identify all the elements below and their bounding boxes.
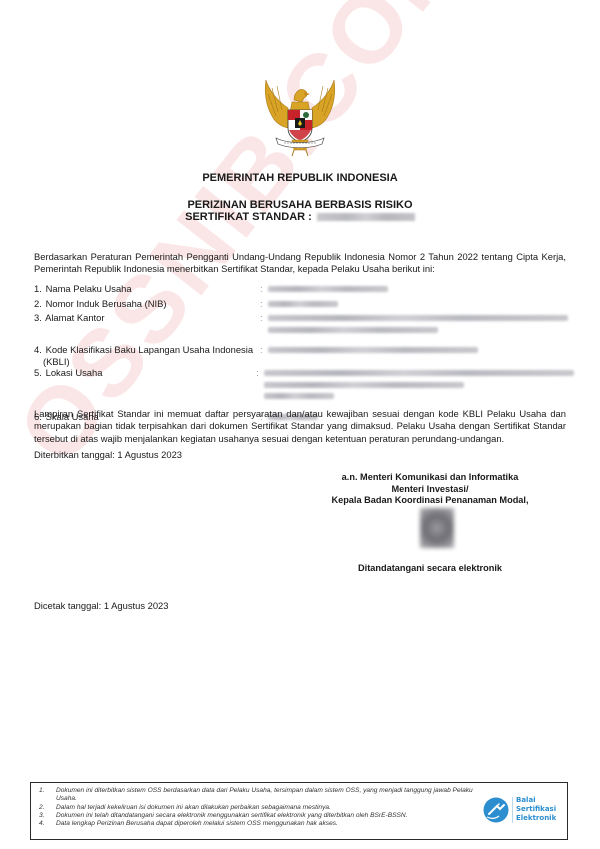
- field-label-continuation: (KBLI): [34, 356, 260, 368]
- footer-note: 1.Dokumen ini diterbitkan sistem OSS ber…: [39, 787, 479, 804]
- field-value-redacted: [268, 298, 574, 313]
- printed-date: Dicetak tanggal: 1 Agustus 2023: [34, 600, 168, 611]
- field-label-text: Nomor Induk Berusaha (NIB): [46, 298, 167, 309]
- field-label-text: Nama Pelaku Usaha: [46, 283, 132, 294]
- field-colon: :: [260, 298, 268, 313]
- field-label: 3. Alamat Kantor: [34, 312, 260, 338]
- garuda-emblem-icon: [258, 78, 342, 160]
- bsre-line-2: Sertifikasi: [516, 805, 556, 814]
- footer-note-number: 4.: [39, 820, 56, 828]
- field-number: 4.: [34, 344, 43, 356]
- attachment-note-paragraph: Lampiran Sertifikat Standar ini memuat d…: [34, 408, 566, 445]
- bsre-divider: [512, 797, 513, 823]
- footer-note-number: 3.: [39, 812, 56, 820]
- field-label: 4. Kode Klasifikasi Baku Lapangan Usaha …: [34, 344, 260, 367]
- field-colon: :: [260, 312, 268, 338]
- issued-date: Diterbitkan tanggal: 1 Agustus 2023: [34, 449, 182, 460]
- field-value-redacted: [268, 283, 574, 298]
- footer-note: 4.Data lengkap Perizinan Berusaha dapat …: [39, 820, 479, 828]
- field-number: 5.: [34, 367, 43, 379]
- certificate-number-line: SERTIFIKAT STANDAR :: [0, 211, 600, 223]
- field-label: 5. Lokasi Usaha: [34, 367, 256, 405]
- certificate-label: SERTIFIKAT STANDAR :: [185, 211, 312, 223]
- field-label: 1. Nama Pelaku Usaha: [34, 283, 260, 298]
- bsre-badge-icon: [483, 797, 509, 823]
- field-value-redacted: [268, 312, 574, 338]
- field-number: 3.: [34, 312, 43, 324]
- footer-note: 2.Dalam hal terjadi kekeliruan isi dokum…: [39, 804, 479, 812]
- bsre-wordmark: Balai Sertifikasi Elektronik: [516, 796, 556, 823]
- field-label: 2. Nomor Induk Berusaha (NIB): [34, 298, 260, 313]
- field-row: 5. Lokasi Usaha:: [34, 367, 574, 405]
- field-row: 2. Nomor Induk Berusaha (NIB):: [34, 298, 574, 313]
- field-colon: :: [256, 367, 264, 405]
- footer-note-text: Data lengkap Perizinan Berusaha dapat di…: [56, 820, 479, 828]
- footer-note-number: 2.: [39, 804, 56, 812]
- signature-line-1: a.n. Menteri Komunikasi dan Informatika: [330, 472, 530, 484]
- certificate-page: OSSNIB.COM: [0, 0, 600, 849]
- field-row: 1. Nama Pelaku Usaha:: [34, 283, 574, 298]
- bsre-logo: Balai Sertifikasi Elektronik: [483, 793, 563, 827]
- footer-note-number: 1.: [39, 787, 56, 804]
- field-value-redacted: [264, 367, 574, 405]
- business-details: 1. Nama Pelaku Usaha:2. Nomor Induk Beru…: [34, 283, 574, 425]
- footer-notes-list: 1.Dokumen ini diterbitkan sistem OSS ber…: [39, 787, 479, 828]
- footer-note-text: Dokumen ini telah ditandatangani secara …: [56, 812, 479, 820]
- footer-note-text: Dokumen ini diterbitkan sistem OSS berda…: [56, 787, 479, 804]
- footer-note: 3.Dokumen ini telah ditandatangani secar…: [39, 812, 479, 820]
- field-label-text: Lokasi Usaha: [46, 367, 103, 378]
- field-row: 4. Kode Klasifikasi Baku Lapangan Usaha …: [34, 344, 574, 367]
- field-colon: :: [260, 344, 268, 367]
- field-label-text: Alamat Kantor: [45, 312, 104, 323]
- field-row: 3. Alamat Kantor:: [34, 312, 574, 338]
- signature-block: a.n. Menteri Komunikasi dan Informatika …: [330, 472, 530, 507]
- field-colon: :: [260, 283, 268, 298]
- document-title: PERIZINAN BERUSAHA BERBASIS RISIKO: [0, 199, 600, 211]
- field-number: 1.: [34, 283, 43, 295]
- bsre-line-3: Elektronik: [516, 814, 556, 823]
- signature-line-3: Kepala Badan Koordinasi Penanaman Modal,: [330, 495, 530, 507]
- signed-electronically-label: Ditandatangani secara elektronik: [330, 563, 530, 573]
- field-value-redacted: [268, 344, 574, 367]
- signature-qr-code: [420, 508, 454, 548]
- certificate-number-redacted: [317, 213, 415, 221]
- field-number: 2.: [34, 298, 43, 310]
- signature-line-2: Menteri Investasi/: [330, 484, 530, 496]
- intro-paragraph: Berdasarkan Peraturan Pemerintah Penggan…: [34, 251, 566, 276]
- footer-note-text: Dalam hal terjadi kekeliruan isi dokumen…: [56, 804, 479, 812]
- bsre-line-1: Balai: [516, 796, 556, 805]
- field-label-text: Kode Klasifikasi Baku Lapangan Usaha Ind…: [46, 344, 253, 355]
- footer-notes-box: 1.Dokumen ini diterbitkan sistem OSS ber…: [30, 782, 568, 840]
- government-heading: PEMERINTAH REPUBLIK INDONESIA: [0, 172, 600, 184]
